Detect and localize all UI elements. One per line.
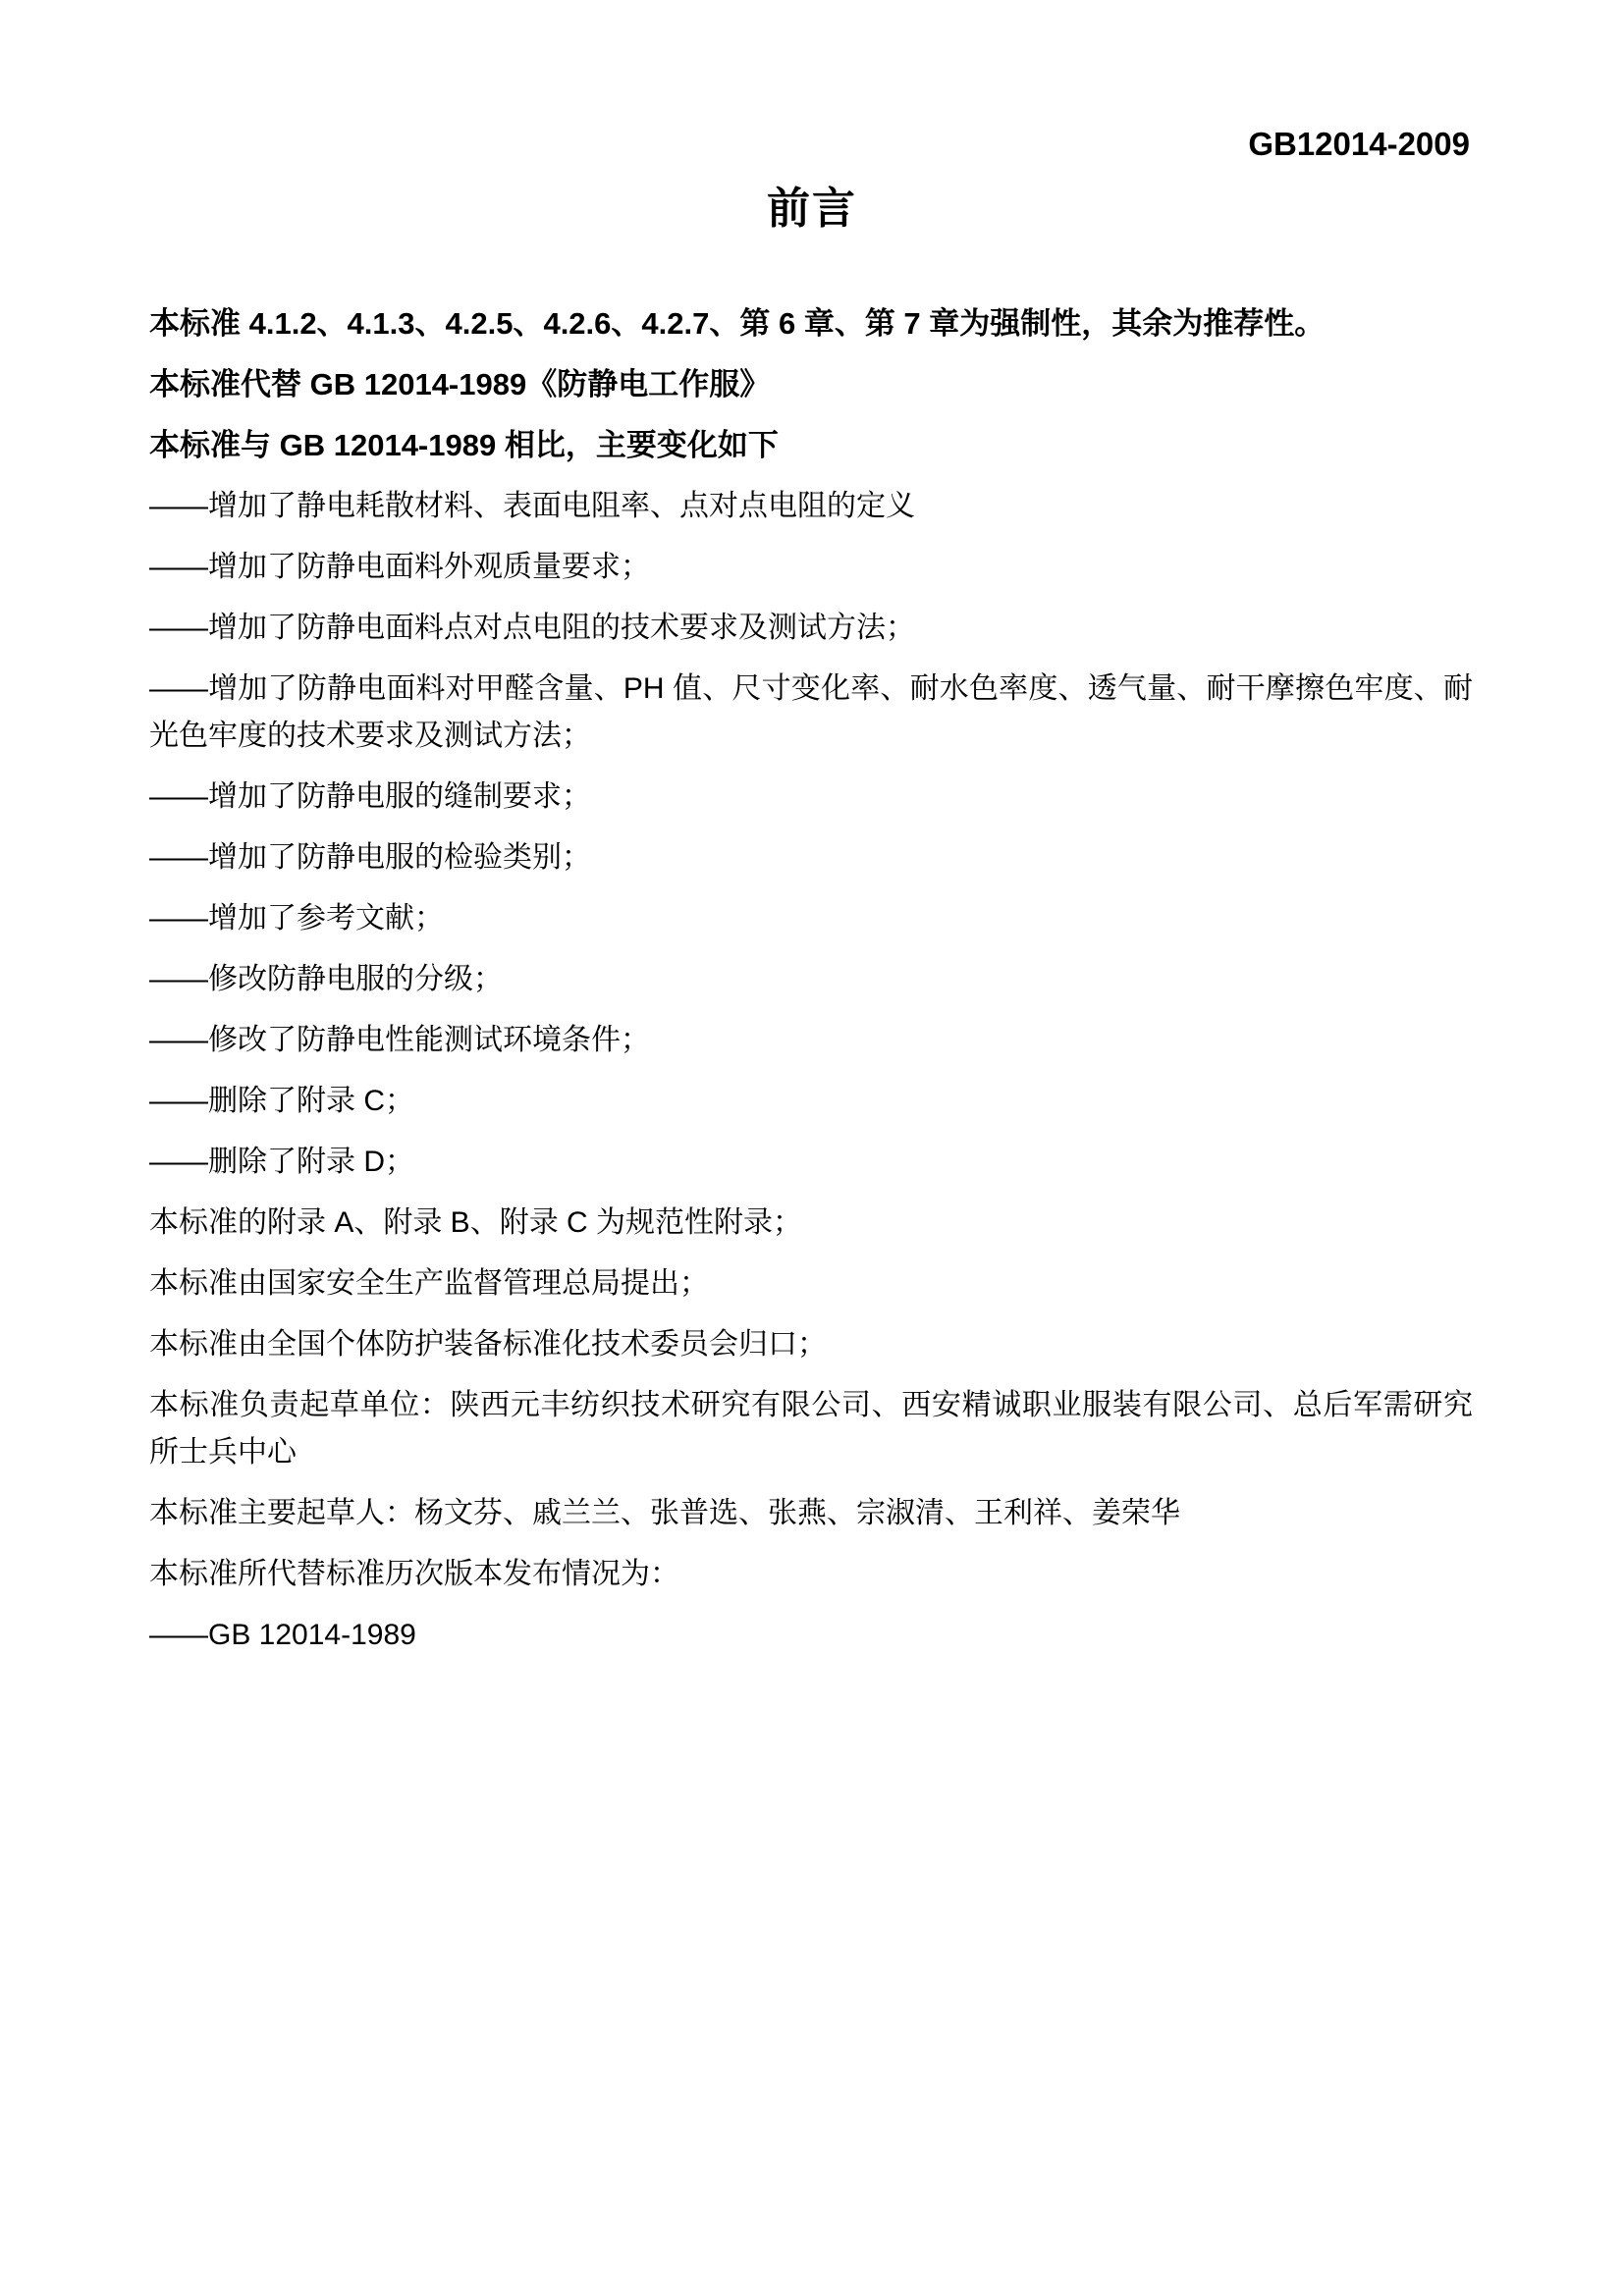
paragraph: 本标准的附录 A、附录 B、附录 C 为规范性附录； [149, 1200, 1473, 1247]
paragraph: ——删除了附录 C； [149, 1078, 1473, 1125]
paragraph: 本标准负责起草单位：陕西元丰纺织技术研究有限公司、西安精诚职业服装有限公司、总后… [149, 1382, 1473, 1476]
paragraph: ——增加了防静电服的检验类别； [149, 834, 1473, 881]
paragraph: ——删除了附录 D； [149, 1139, 1473, 1186]
paragraph: ——增加了防静电面料对甲醛含量、PH 值、尺寸变化率、耐水色率度、透气量、耐干摩… [149, 666, 1473, 760]
paragraph: ——增加了参考文献； [149, 895, 1473, 942]
standard-code: GB12014-2009 [1248, 126, 1470, 163]
paragraph: 本标准 4.1.2、4.1.3、4.2.5、4.2.6、4.2.7、第 6 章、… [149, 300, 1473, 347]
paragraph: 本标准主要起草人：杨文芬、戚兰兰、张普选、张燕、宗淑清、王利祥、姜荣华 [149, 1490, 1473, 1537]
paragraph: 本标准由全国个体防护装备标准化技术委员会归口； [149, 1321, 1473, 1368]
paragraph: 本标准所代替标准历次版本发布情况为： [149, 1551, 1473, 1598]
paragraph: ——增加了防静电服的缝制要求； [149, 774, 1473, 821]
paragraph: ——GB 12014-1989 [149, 1612, 1473, 1659]
page-title: 前言 [0, 173, 1624, 236]
paragraph: ——增加了静电耗散材料、表面电阻率、点对点电阻的定义 [149, 483, 1473, 530]
paragraph: ——增加了防静电面料点对点电阻的技术要求及测试方法； [149, 605, 1473, 652]
paragraph: 本标准由国家安全生产监督管理总局提出； [149, 1260, 1473, 1308]
paragraph: 本标准与 GB 12014-1989 相比，主要变化如下 [149, 422, 1473, 469]
paragraph: ——修改防静电服的分级； [149, 956, 1473, 1003]
paragraph: ——增加了防静电面料外观质量要求； [149, 544, 1473, 591]
document-page: GB12014-2009 前言 本标准 4.1.2、4.1.3、4.2.5、4.… [0, 0, 1624, 2296]
paragraph: ——修改了防静电性能测试环境条件； [149, 1017, 1473, 1064]
document-body: 本标准 4.1.2、4.1.3、4.2.5、4.2.6、4.2.7、第 6 章、… [149, 300, 1473, 1673]
paragraph: 本标准代替 GB 12014-1989《防静电工作服》 [149, 361, 1473, 408]
